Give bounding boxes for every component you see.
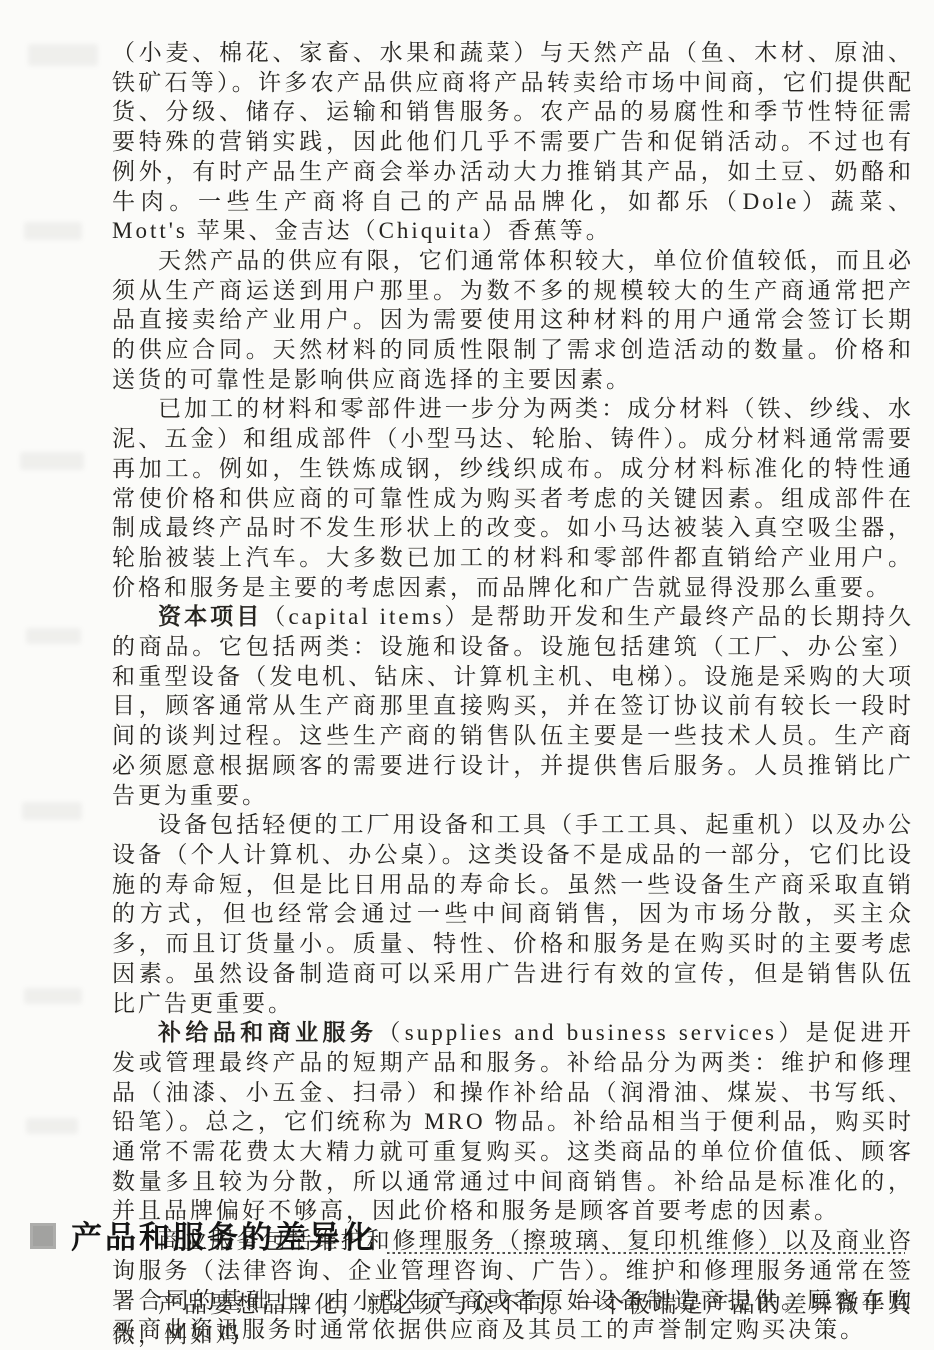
section-bullet-square-icon (30, 1223, 56, 1249)
paragraph-lead-bold: 资本项目 (158, 604, 262, 629)
scan-smudge (24, 222, 82, 240)
paragraph: 资本项目（capital items）是帮助开发和生产最终产品的长期持久的商品。… (112, 602, 914, 810)
scan-smudge (20, 452, 84, 470)
paragraph-text: （小麦、棉花、家畜、水果和蔬菜）与天然产品（鱼、木材、原油、铁矿石等）。许多农产… (112, 40, 914, 243)
closing-paragraph-block: 产品要想品牌化，就必须与众不同。一个极端是产品的差异微乎其微，例如鸡 (112, 1290, 914, 1349)
paragraph: 补给品和商业服务（supplies and business services）… (112, 1018, 914, 1226)
scan-smudge (28, 44, 98, 66)
section-heading: 产品和服务的差异化 (30, 1212, 905, 1257)
closing-paragraph-text: 产品要想品牌化，就必须与众不同。一个极端是产品的差异微乎其微，例如鸡 (112, 1290, 914, 1349)
scan-smudge (22, 802, 82, 820)
paragraph-lead-bold: 补给品和商业服务 (158, 1020, 377, 1045)
paragraph-text: （supplies and business services）是促进开发或管理… (112, 1020, 914, 1223)
paragraph-text: 设备包括轻便的工厂用设备和工具（手工工具、起重机）以及办公设备（个人计算机、办公… (112, 812, 914, 1015)
book-page: （小麦、棉花、家畜、水果和蔬菜）与天然产品（鱼、木材、原油、铁矿石等）。许多农产… (0, 0, 934, 1350)
paragraph-text: 已加工的材料和零部件进一步分为两类：成分材料（铁、纱线、水泥、五金）和组成部件（… (112, 396, 914, 599)
scan-smudge (26, 628, 81, 644)
paragraph: 天然产品的供应有限，它们通常体积较大，单位价值较低，而且必须从生产商运送到用户那… (112, 246, 914, 395)
paragraph: 已加工的材料和零部件进一步分为两类：成分材料（铁、纱线、水泥、五金）和组成部件（… (112, 394, 914, 602)
scan-smudge (24, 988, 82, 1004)
paragraph-text: 天然产品的供应有限，它们通常体积较大，单位价值较低，而且必须从生产商运送到用户那… (112, 248, 914, 392)
section-title: 产品和服务的差异化 (71, 1212, 377, 1257)
paragraph-text: （capital items）是帮助开发和生产最终产品的长期持久的商品。它包括两… (112, 604, 914, 807)
body-text-block: （小麦、棉花、家畜、水果和蔬菜）与天然产品（鱼、木材、原油、铁矿石等）。许多农产… (112, 38, 914, 1345)
paragraph: （小麦、棉花、家畜、水果和蔬菜）与天然产品（鱼、木材、原油、铁矿石等）。许多农产… (112, 38, 914, 246)
paragraph: 设备包括轻便的工厂用设备和工具（手工工具、起重机）以及办公设备（个人计算机、办公… (112, 810, 914, 1018)
dotted-leader-line (387, 1251, 905, 1254)
scan-smudge (26, 1118, 78, 1134)
